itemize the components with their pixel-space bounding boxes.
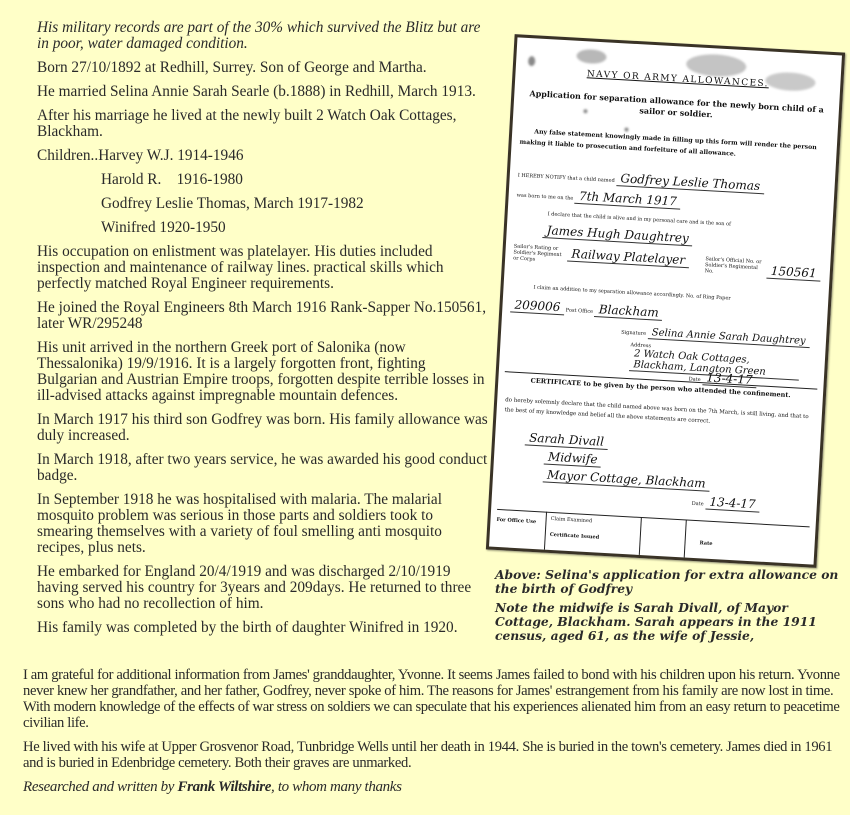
image-caption: Above: Selina's application for extra al… [495,568,850,648]
claim-examined-label: Claim Examined [550,516,592,524]
ring-paper-handwritten: 209006 [510,297,565,315]
granddaughter-paragraph: I am grateful for additional information… [23,667,845,731]
later-life-paragraph: He lived with his wife at Upper Grosveno… [23,739,845,771]
cert-signature-handwritten: Sarah Divall [525,430,609,450]
official-no-handwritten: 150561 [766,264,821,282]
joined-paragraph: He joined the Royal Engineers 8th March … [37,300,489,332]
certificate-text: do hereby solemnly declare that the chil… [504,395,814,432]
occupation-paragraph: His occupation on enlistment was platela… [37,244,489,292]
official-no-line: 150561 [766,264,822,282]
winifred-paragraph: His family was completed by the birth of… [37,620,489,636]
badge-paragraph: In March 1918, after two years service, … [37,452,489,484]
intro-paragraph: His military records are part of the 30%… [37,20,489,52]
credit-line: Researched and written by Frank Wiltshir… [23,779,845,795]
godfrey-born-paragraph: In March 1917 his third son Godfrey was … [37,412,489,444]
child-item: Winifred 1920-1950 [37,220,489,236]
cert-date-handwritten: 13-4-17 [705,495,760,513]
malaria-paragraph: In September 1918 he was hospitalised wi… [37,492,489,556]
full-width-section: I am grateful for additional information… [23,667,845,803]
author-name: Frank Wiltshire [177,779,271,795]
born-paragraph: Born 27/10/1892 at Redhill, Surrey. Son … [37,60,489,76]
certificate-issued-label: Certificate Issued [550,532,600,541]
regiment-handwritten: Railway Platelayer [567,246,689,268]
children-label: Children.. [37,147,98,164]
cert-date-line: Date 13-4-17 [691,494,809,516]
residence-paragraph: After his marriage he lived at the newly… [37,108,489,140]
child-item: Harvey W.J. 1914-1946 [98,147,243,164]
caption-line-2: Note the midwife is Sarah Divall, of May… [495,601,850,643]
born-date-handwritten: 7th March 1917 [575,189,682,210]
allowance-application-document-image: NAVY OR ARMY ALLOWANCES. Application for… [486,34,845,568]
married-paragraph: He married Selina Annie Sarah Searle (b.… [37,84,489,100]
regiment-label: Sailor's Rating or Soldier's Regiment or… [513,243,564,264]
father-name-handwritten: James Hugh Daughtrey [542,223,693,246]
left-column: His military records are part of the 30%… [37,20,489,644]
child-item: Harold R. 1916-1980 [37,172,489,188]
child-name-handwritten: Godfrey Leslie Thomas [616,171,764,194]
document-subtitle: Application for separation allowance for… [525,88,827,127]
rate-label: Rate [699,540,712,547]
qualification-handwritten: Midwife [544,449,602,467]
caption-line-1: Above: Selina's application for extra al… [495,568,850,596]
children-list: Children..Harvey W.J. 1914-1946 [37,148,489,164]
document-warning: Any false statement knowingly made in fi… [519,126,829,165]
child-item: Godfrey Leslie Thomas, March 1917-1982 [37,196,489,212]
office-use-label: For Office Use [496,517,536,525]
salonika-paragraph: His unit arrived in the northern Greek p… [37,340,489,404]
official-no-label: Sailor's Official No. or Soldier's Regim… [705,256,768,277]
post-office-handwritten: Blackham [594,302,663,321]
discharged-paragraph: He embarked for England 20/4/1919 and wa… [37,564,489,612]
